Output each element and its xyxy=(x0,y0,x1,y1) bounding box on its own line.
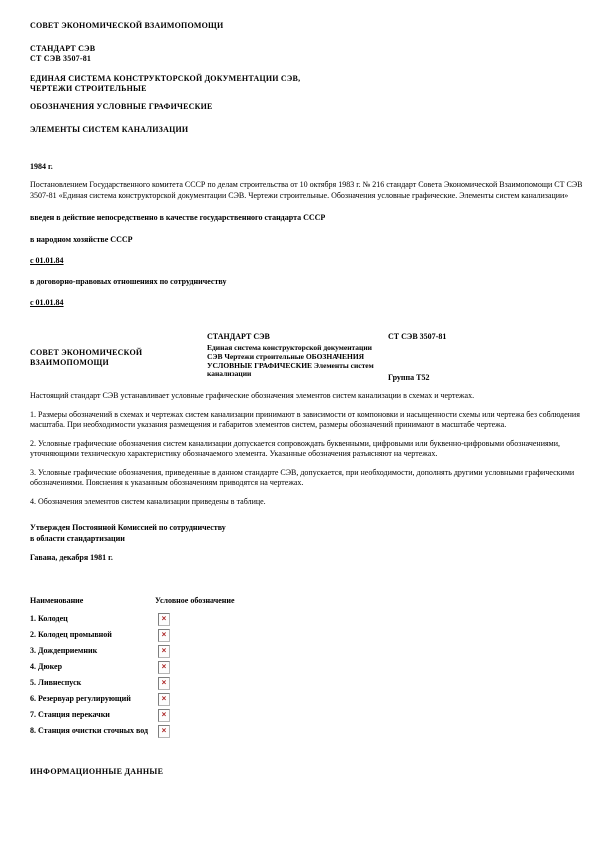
year-line: 1984 г. xyxy=(30,162,589,172)
paragraph-4: 4. Обозначения элементов систем канализа… xyxy=(30,497,589,508)
title-block-council-cell: СОВЕТ ЭКОНОМИЧЕСКОЙ ВЗАИМОПОМОЩИ xyxy=(30,332,207,368)
symbol-table-row: 4. Дюкер× xyxy=(30,659,589,675)
title-block-code-cell: СТ СЭВ 3507-81 Группа Т52 xyxy=(388,332,589,383)
subtitle-elements: ЭЛЕМЕНТЫ СИСТЕМ КАНАЛИЗАЦИИ xyxy=(30,125,589,135)
scope-treaty-date: с 01.01.84 xyxy=(30,298,589,308)
symbol-name: 7. Станция перекачки xyxy=(30,710,158,720)
symbol-name: 8. Станция очистки сточных вод xyxy=(30,726,158,736)
paragraph-2: 2. Условные графические обозначения сист… xyxy=(30,439,589,460)
paragraph-3: 3. Условные графические обозначения, при… xyxy=(30,468,589,489)
approval-line2: в области стандартизации xyxy=(30,534,589,545)
broken-image-icon: × xyxy=(158,693,170,706)
broken-image-icon: × xyxy=(158,725,170,738)
system-title-line2: ЧЕРТЕЖИ СТРОИТЕЛЬНЫЕ xyxy=(30,84,589,94)
intro-paragraph: Настоящий стандарт СЭВ устанавливает усл… xyxy=(30,391,589,402)
symbols-table-header: Наименование Условное обозначение xyxy=(30,596,589,606)
broken-image-icon: × xyxy=(158,613,170,626)
broken-image-icon: × xyxy=(158,629,170,642)
symbol-table-row: 5. Ливнеспуск× xyxy=(30,675,589,691)
symbol-name: 2. Колодец промывной xyxy=(30,630,158,640)
decree-paragraph: Постановлением Государственного комитета… xyxy=(30,180,589,201)
symbols-table: Наименование Условное обозначение 1. Кол… xyxy=(30,596,589,739)
system-title-line1: ЕДИНАЯ СИСТЕМА КОНСТРУКТОРСКОЙ ДОКУМЕНТА… xyxy=(30,74,589,84)
paragraph-1: 1. Размеры обозначений в схемах и чертеж… xyxy=(30,410,589,431)
symbols-table-rows: 1. Колодец×2. Колодец промывной×3. Дожде… xyxy=(30,611,589,739)
title-block-group: Группа Т52 xyxy=(388,373,589,383)
standard-code: СТ СЭВ 3507-81 xyxy=(30,54,589,64)
symbol-name: 4. Дюкер xyxy=(30,662,158,672)
broken-image-icon: × xyxy=(158,645,170,658)
symbol-table-row: 8. Станция очистки сточных вод× xyxy=(30,723,589,739)
scope-domestic-date: с 01.01.84 xyxy=(30,256,589,266)
subtitle-graphic: ОБОЗНАЧЕНИЯ УСЛОВНЫЕ ГРАФИЧЕСКИЕ xyxy=(30,102,589,112)
title-block-name-cell: СТАНДАРТ СЭВ Единая система конструкторс… xyxy=(207,332,388,379)
title-block-code: СТ СЭВ 3507-81 xyxy=(388,332,589,342)
symbol-table-row: 7. Станция перекачки× xyxy=(30,707,589,723)
scope-domestic-line: в народном хозяйстве СССР xyxy=(30,235,589,245)
symbol-name: 1. Колодец xyxy=(30,614,158,624)
symbol-table-row: 2. Колодец промывной× xyxy=(30,627,589,643)
symbol-table-row: 1. Колодец× xyxy=(30,611,589,627)
broken-image-icon: × xyxy=(158,709,170,722)
standard-label: СТАНДАРТ СЭВ xyxy=(30,44,589,54)
enacted-line: введен в действие непосредственно в каче… xyxy=(30,213,589,223)
standard-document-page: СОВЕТ ЭКОНОМИЧЕСКОЙ ВЗАИМОПОМОЩИ СТАНДАР… xyxy=(0,0,595,842)
broken-image-icon: × xyxy=(158,677,170,690)
symbol-name: 5. Ливнеспуск xyxy=(30,678,158,688)
symbol-column-header: Условное обозначение xyxy=(155,596,235,606)
symbol-name: 3. Дождеприемник xyxy=(30,646,158,656)
scope-treaty-line: в договорно-правовых отношениях по сотру… xyxy=(30,277,589,287)
symbol-table-row: 6. Резервуар регулирующий× xyxy=(30,691,589,707)
symbol-name: 6. Резервуар регулирующий xyxy=(30,694,158,704)
standard-title-block: СОВЕТ ЭКОНОМИЧЕСКОЙ ВЗАИМОПОМОЩИ СТАНДАР… xyxy=(30,332,589,383)
approval-place-date: Гавана, декабря 1981 г. xyxy=(30,553,589,563)
title-block-standard-label: СТАНДАРТ СЭВ xyxy=(207,332,388,342)
info-data-heading: ИНФОРМАЦИОННЫЕ ДАННЫЕ xyxy=(30,767,589,777)
council-heading: СОВЕТ ЭКОНОМИЧЕСКОЙ ВЗАИМОПОМОЩИ xyxy=(30,21,589,31)
approval-line1: Утвержден Постоянной Комиссией по сотруд… xyxy=(30,523,589,534)
broken-image-icon: × xyxy=(158,661,170,674)
title-block-council: СОВЕТ ЭКОНОМИЧЕСКОЙ ВЗАИМОПОМОЩИ xyxy=(30,348,170,368)
name-column-header: Наименование xyxy=(30,596,155,606)
approval-block: Утвержден Постоянной Комиссией по сотруд… xyxy=(30,523,589,544)
symbol-table-row: 3. Дождеприемник× xyxy=(30,643,589,659)
title-block-description: Единая система конструкторской документа… xyxy=(207,344,379,379)
